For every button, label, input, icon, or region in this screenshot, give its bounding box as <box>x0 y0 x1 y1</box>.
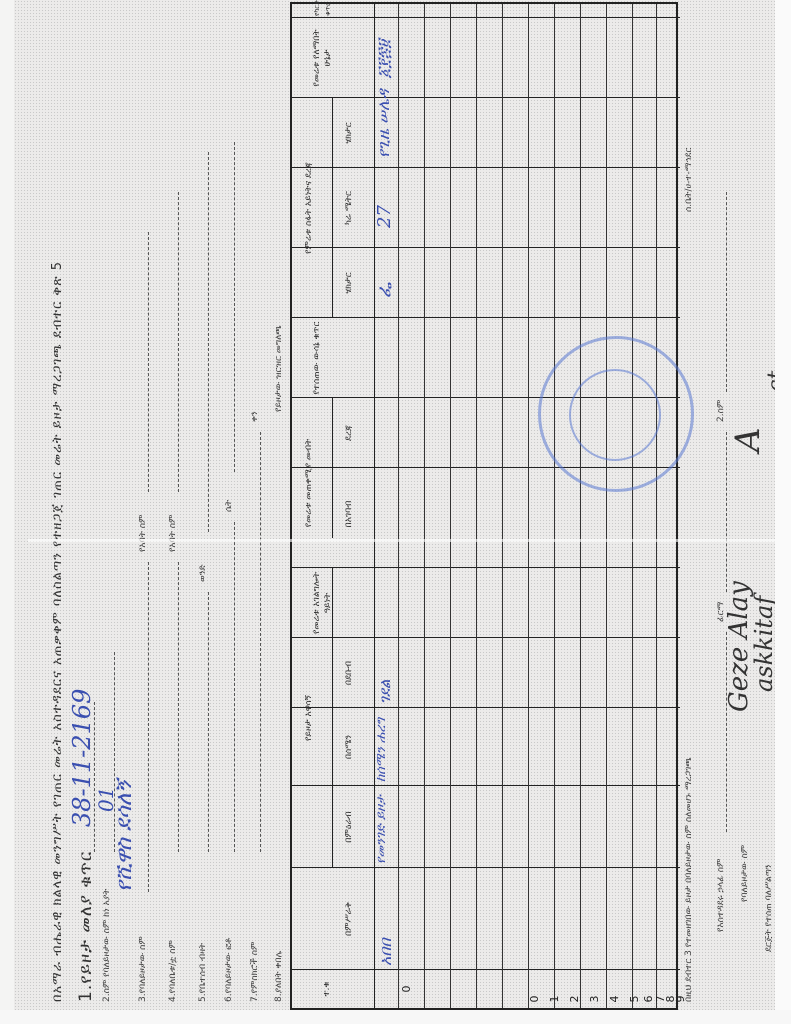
certificate-number-value: 38-11-2169 <box>68 689 96 827</box>
row1-south: ገደል <box>376 679 394 704</box>
row1-west: የመንገድ ይዞታ <box>374 795 389 864</box>
field-6-line-b <box>234 142 235 472</box>
row1-east: አበበ <box>376 938 396 966</box>
footer-certification-right: ሰ.ቤት/ሀ-ተ-ማኅደር <box>684 148 694 212</box>
field-3-label: 3.የባለይዞታው ስም <box>138 936 148 1002</box>
field-4-line-b <box>178 192 179 492</box>
field-5-line <box>208 592 209 852</box>
field-5-label: 5.የቤተሰብ ብዛት <box>198 943 208 1002</box>
row-number-0: 0 <box>528 990 541 1008</box>
section-note: የይዞታው ዝርዝር መግለጫ <box>274 325 284 412</box>
field-3-suffix: የአባት ስም <box>138 515 148 552</box>
footer-authority-label: ደርጅት የተሰጠ ባለሥልጣን <box>764 864 774 952</box>
col-header-hectare-2: ሄክታር <box>344 100 355 166</box>
row1-map-no: ፩፻፷፱ <box>374 40 394 78</box>
field-5-suffix: ወንድ <box>198 564 208 582</box>
col-header-grade: ደረጃ <box>344 400 355 466</box>
holder-name-value: የሺዋስ ደሳለኝ <box>112 780 137 892</box>
official-stamp-inner-ring <box>569 369 661 461</box>
col-header-sqm: ካሬ ሜትር <box>344 170 355 246</box>
col-header-decision-no: የተሰጠው ውሳኔ ቁጥር <box>312 320 323 396</box>
signature-2: askkitaf <box>750 596 778 692</box>
footer-certification-line: በዚህ ደብተር 3 የተመዘገበው ይዞታ በባለይዞታው ስም ስለመሆኑ … <box>684 757 694 1002</box>
col-header-mode: በአገባብ <box>344 470 355 558</box>
scanned-form-page: በአማራ ብሔራዊ ክልላዊ መንግሥት የገጠር መሬት አስተዳደርና አጠ… <box>14 0 776 1012</box>
row-number-5: 5 <box>628 990 641 1008</box>
field-7-suffix: ቀን <box>250 411 260 422</box>
field-6-suffix: ሴት <box>224 500 234 512</box>
row-number-4: 4 <box>608 990 621 1008</box>
row-number-1: 1 <box>548 990 561 1008</box>
row-number: 0 <box>400 980 413 998</box>
fold-crease <box>28 539 790 542</box>
field-7-label: 7.የምስክሮች ስም <box>250 942 260 1002</box>
certificate-number-label: 1.የይዞታ መለያ ቁጥር <box>76 851 96 1002</box>
col-header-hectare: ሄክታር <box>344 250 355 316</box>
col-header-east: በምሥራቅ <box>344 870 355 968</box>
row1-hectare: ፌ <box>374 282 395 298</box>
col-header-land-use: የመሬቱ አገልግሎት ዓይነት <box>312 570 334 636</box>
row1-north: ከሰሜን ሐረግ <box>374 718 389 782</box>
col-header-south: በደቡብ <box>344 640 355 706</box>
row-number-2: 2 <box>568 990 581 1008</box>
holder-name-label: 2.ስም የባለይዞታው ስም ከነ አያት <box>102 889 112 1002</box>
field-3-line <box>148 562 149 892</box>
field-8-label: 8.ያለበት ቀበሌ <box>274 951 284 1002</box>
field-4-label: 4.የባለቤቱ/ቷ ስም <box>168 940 178 1002</box>
field-3-line-b <box>148 232 149 492</box>
footer-name-label-2: 2.ስም <box>716 400 726 422</box>
col-header-no: ተ.ቁ <box>322 972 333 1006</box>
field-6-line <box>234 522 235 852</box>
row1-sqm: 27 <box>374 205 395 228</box>
field-6-label: 6.የባለይዞታው ፎቶ <box>224 938 234 1002</box>
row1-status: የጊዜ ሠሌዳ <box>374 89 394 158</box>
col-header-map-no: የካርታ ቁጥር <box>312 2 334 16</box>
footer-officer-label: የአስተዳደሩ ኃላፊ ስም <box>716 859 726 932</box>
rotated-form-content: በአማራ ብሔራዊ ክልላዊ መንግሥት የገጠር መሬት አስተዳደርና አጠ… <box>28 0 790 1012</box>
form-header: በአማራ ብሔራዊ ክልላዊ መንግሥት የገጠር መሬት አስተዳደርና አጠ… <box>50 261 65 1002</box>
col-header-north: በሰሜን <box>344 710 355 784</box>
signature-3: A <box>728 427 768 452</box>
field-7-line <box>260 432 261 852</box>
official-stamp <box>538 336 694 492</box>
scan-right-margin <box>775 0 791 1024</box>
col-group-area: የምሬቱ ስፋት አይነትና ደረጃ <box>304 108 315 308</box>
field-4-suffix: የአባት ስም <box>168 515 178 552</box>
scan-bottom-margin <box>0 1010 791 1024</box>
registration-table: ተ.ቁ የይዞታ አዋሳኝ በምሥራቅ በምዕራብ በሰሜን በደቡብ የመሬቱ… <box>290 2 678 1010</box>
col-header-west: በምዕራብ <box>344 788 355 866</box>
footer-name-line-2 <box>726 192 727 392</box>
footer-holder-label: የባለይዞታው ስም <box>740 845 750 902</box>
field-5-line-b <box>208 152 209 532</box>
footer-sign-line <box>726 432 727 592</box>
row-number-3: 3 <box>588 990 601 1008</box>
col-header-status: የመሬቱ የለማበት ሁኔታ <box>312 20 334 96</box>
field-4-line <box>178 562 179 852</box>
col-group-rights: የመሬቱ መጠቀሚያ መብት <box>304 408 315 558</box>
